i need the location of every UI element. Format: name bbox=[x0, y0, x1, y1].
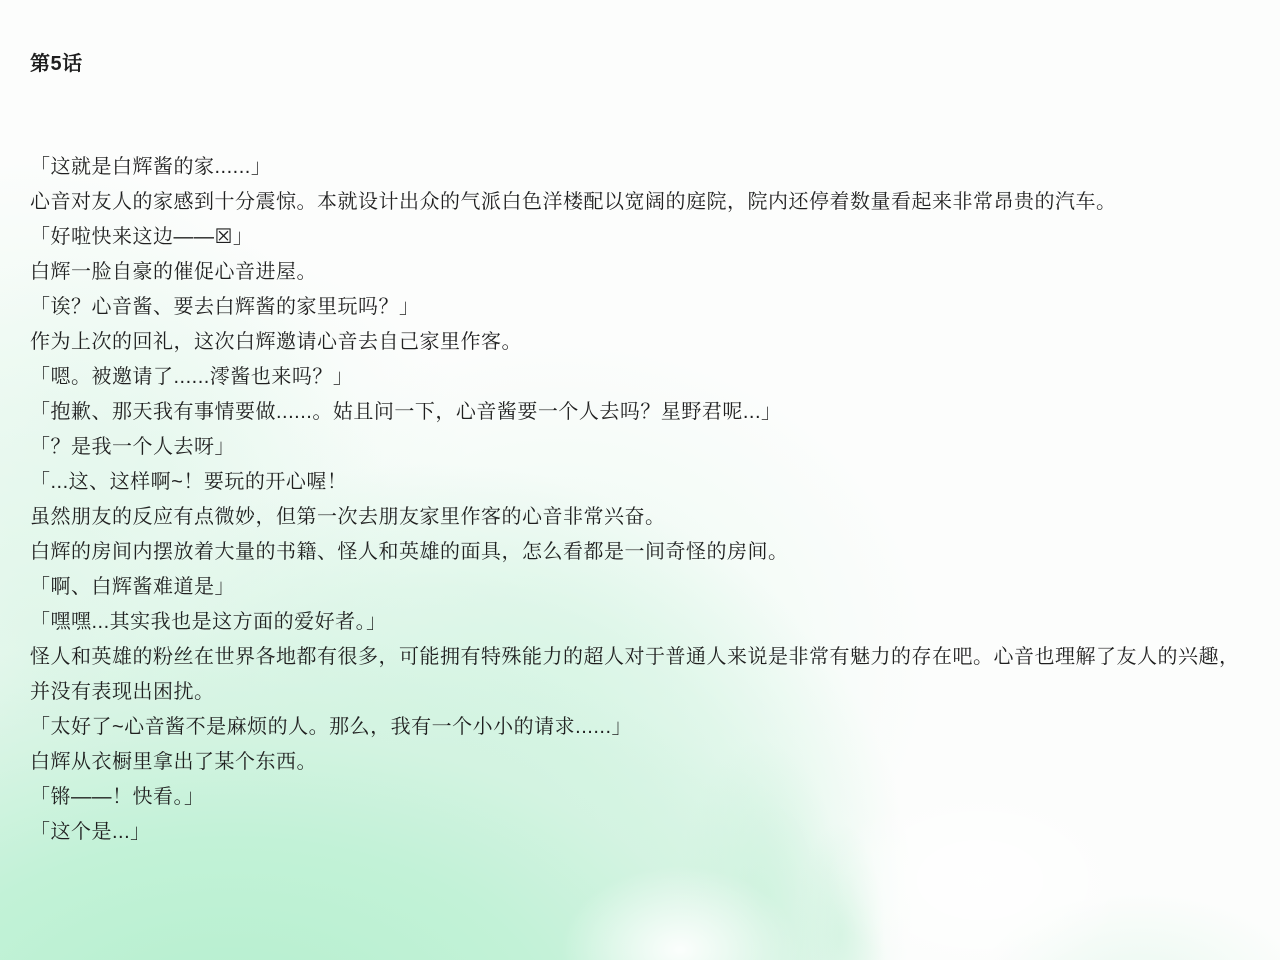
story-line: 虽然朋友的反应有点微妙，但第一次去朋友家里作客的心音非常兴奋。 bbox=[30, 500, 1270, 535]
story-line: 「...这、这样啊~！要玩的开心喔！ bbox=[30, 465, 1270, 500]
story-line: 「这就是白辉酱的家......」 bbox=[30, 150, 1270, 185]
story-line: 白辉从衣橱里拿出了某个东西。 bbox=[30, 745, 1270, 780]
story-line: 「嘿嘿...其实我也是这方面的爱好者。」 bbox=[30, 605, 1270, 640]
story-line: 作为上次的回礼，这次白辉邀请心音去自己家里作客。 bbox=[30, 325, 1270, 360]
story-line: 「太好了~心音酱不是麻烦的人。那么，我有一个小小的请求......」 bbox=[30, 710, 1270, 745]
story-line: 「啊、白辉酱难道是」 bbox=[30, 570, 1270, 605]
story-line: 「？是我一个人去呀」 bbox=[30, 430, 1270, 465]
chapter-title: 第5话 bbox=[30, 47, 83, 76]
story-line: 心音对友人的家感到十分震惊。本就设计出众的气派白色洋楼配以宽阔的庭院，院内还停着… bbox=[30, 185, 1270, 220]
story-line: 并没有表现出困扰。 bbox=[30, 675, 1270, 710]
story-line: 白辉一脸自豪的催促心音进屋。 bbox=[30, 255, 1270, 290]
story-line: 怪人和英雄的粉丝在世界各地都有很多，可能拥有特殊能力的超人对于普通人来说是非常有… bbox=[30, 640, 1270, 675]
story-line: 「锵——！快看。」 bbox=[30, 780, 1270, 815]
story-text: 「这就是白辉酱的家......」 心音对友人的家感到十分震惊。本就设计出众的气派… bbox=[30, 150, 1270, 850]
story-line: 「抱歉、那天我有事情要做......。姑且问一下，心音酱要一个人去吗？星野君呢.… bbox=[30, 395, 1270, 430]
novel-page: 第5话 「这就是白辉酱的家......」 心音对友人的家感到十分震惊。本就设计出… bbox=[0, 0, 1280, 960]
story-line: 白辉的房间内摆放着大量的书籍、怪人和英雄的面具，怎么看都是一间奇怪的房间。 bbox=[30, 535, 1270, 570]
story-line: 「好啦快来这边——☒」 bbox=[30, 220, 1270, 255]
story-line: 「这个是...」 bbox=[30, 815, 1270, 850]
story-line: 「嗯。被邀请了......澪酱也来吗？」 bbox=[30, 360, 1270, 395]
story-line: 「诶？心音酱、要去白辉酱的家里玩吗？」 bbox=[30, 290, 1270, 325]
